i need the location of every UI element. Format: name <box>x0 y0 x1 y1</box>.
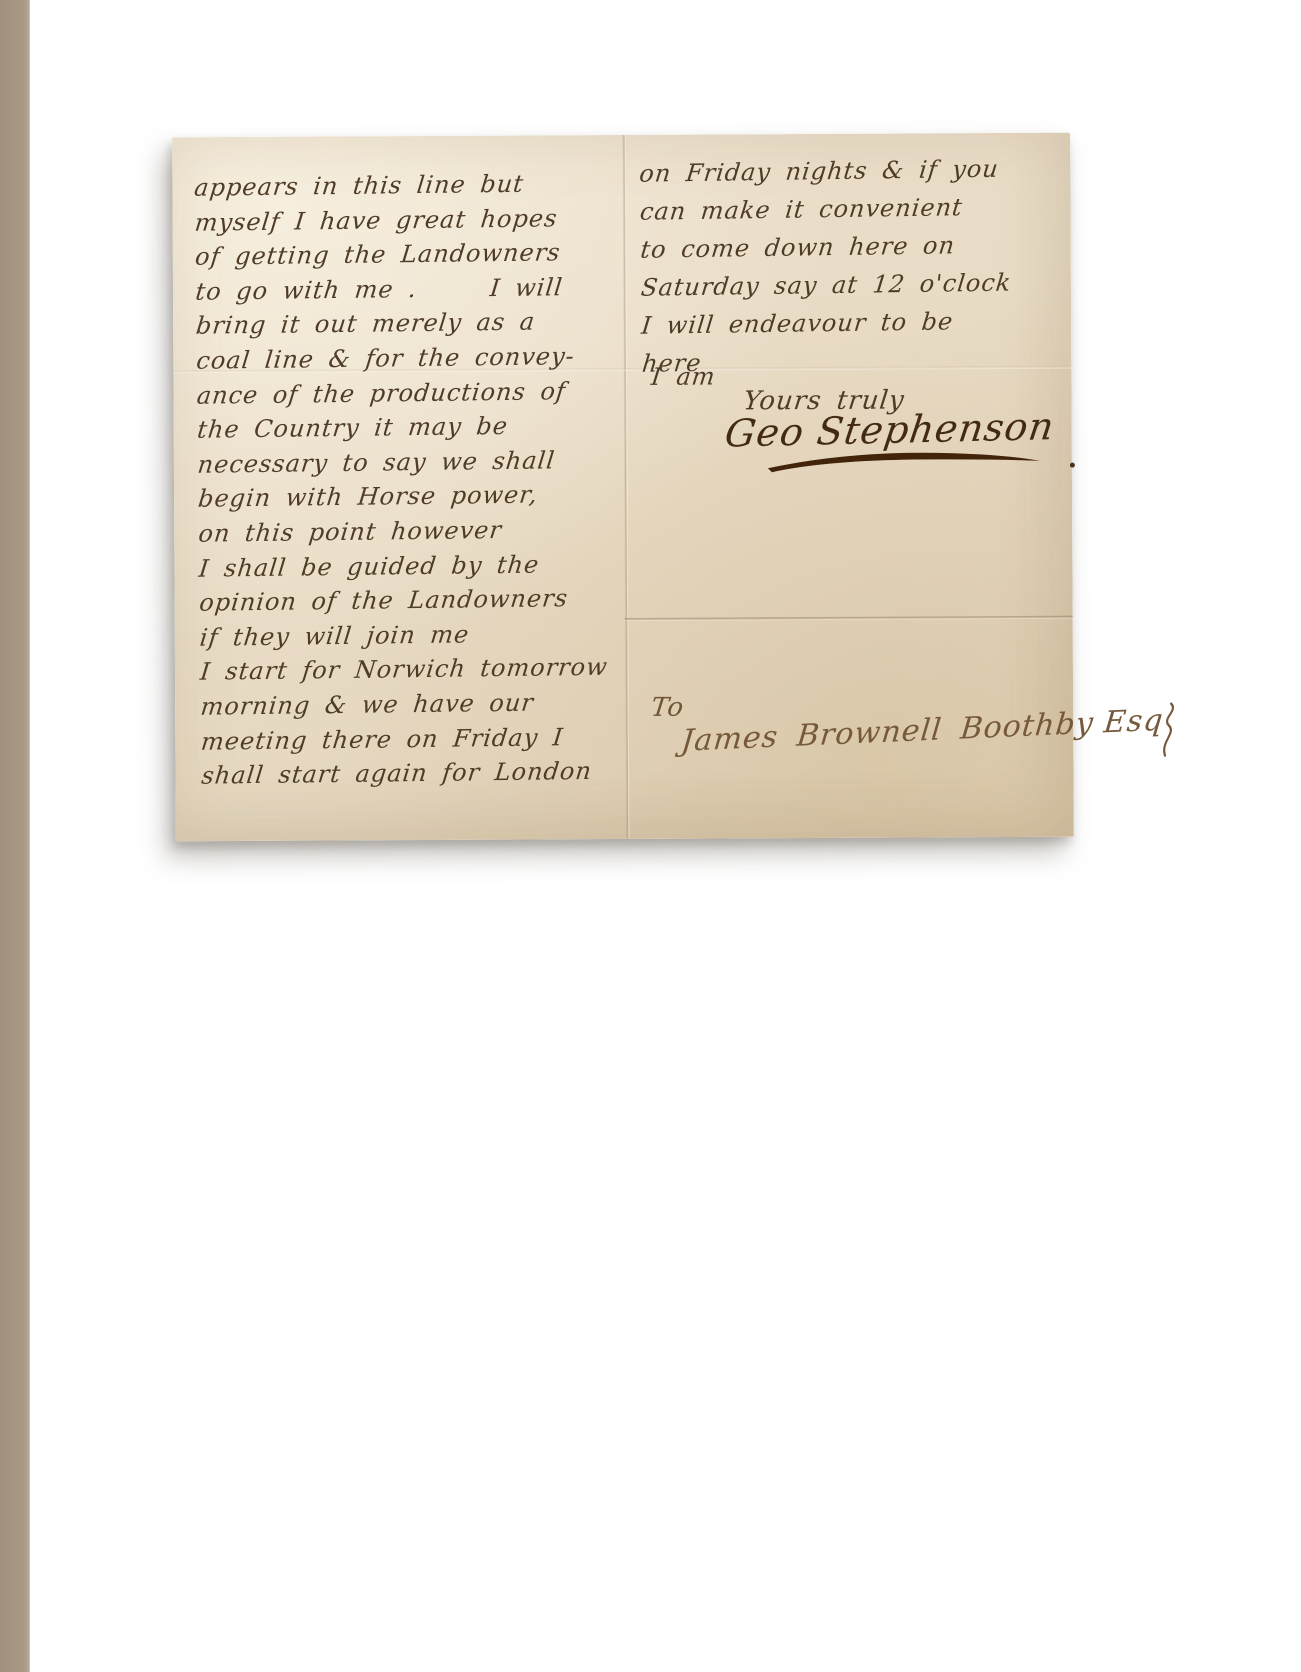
handwritten-line: necessary to say we shall <box>196 442 630 482</box>
left-margin-stripe <box>0 0 30 1672</box>
handwritten-line: I will endeavour to be <box>640 301 1064 345</box>
address-line: James Brownell BoothbyEsq <box>678 704 1105 778</box>
handwritten-line: of getting the Landowners <box>193 235 627 275</box>
handwritten-line: meeting there on Friday I <box>199 719 633 759</box>
handwritten-line: coal line & for the convey- <box>195 338 629 378</box>
handwritten-line: I am <box>650 363 717 391</box>
handwritten-line: if they will join me <box>198 615 632 655</box>
handwritten-line: on this point however <box>197 511 631 551</box>
handwritten-line: begin with Horse power, <box>196 477 630 517</box>
address-suffix: Esq <box>1102 703 1165 741</box>
signature-flourish <box>764 449 1044 476</box>
handwritten-line: Saturday say at 12 o'clock <box>639 263 1063 307</box>
handwritten-line: opinion of the Landowners <box>198 581 632 621</box>
handwritten-line: morning & we have our <box>199 684 633 724</box>
letter-left-page: appears in this line but myself I have g… <box>194 165 632 793</box>
horizontal-fold-crease-lower <box>625 616 1073 621</box>
handwritten-line: I shall be guided by the <box>197 546 631 586</box>
handwritten-line: myself I have great hopes <box>193 200 627 240</box>
esquire-flourish <box>1156 701 1182 758</box>
handwritten-line: bring it out merely as a <box>194 304 628 344</box>
ink-dot <box>1070 463 1075 468</box>
handwritten-line: appears in this line but <box>192 165 626 205</box>
handwritten-line: the Country it may be <box>195 408 629 448</box>
address-name: James Brownell Boothby <box>680 706 1096 759</box>
signature: Geo Stephenson <box>722 403 1089 455</box>
handwritten-line: to come down here on <box>639 225 1063 269</box>
handwritten-line: ance of the productions of <box>195 373 629 413</box>
handwritten-line: on Friday nights & if you <box>637 149 1061 193</box>
letter-photo: appears in this line but myself I have g… <box>172 133 1074 842</box>
handwritten-line: to go with me . I will <box>194 269 628 309</box>
address-prefix: To <box>649 693 686 723</box>
handwritten-line: can make it convenient <box>638 187 1062 231</box>
handwritten-line: I start for Norwich tomorrow <box>198 650 632 690</box>
handwritten-line: shall start again for London <box>200 754 634 794</box>
letter-right-page: on Friday nights & if you can make it co… <box>639 149 1062 383</box>
